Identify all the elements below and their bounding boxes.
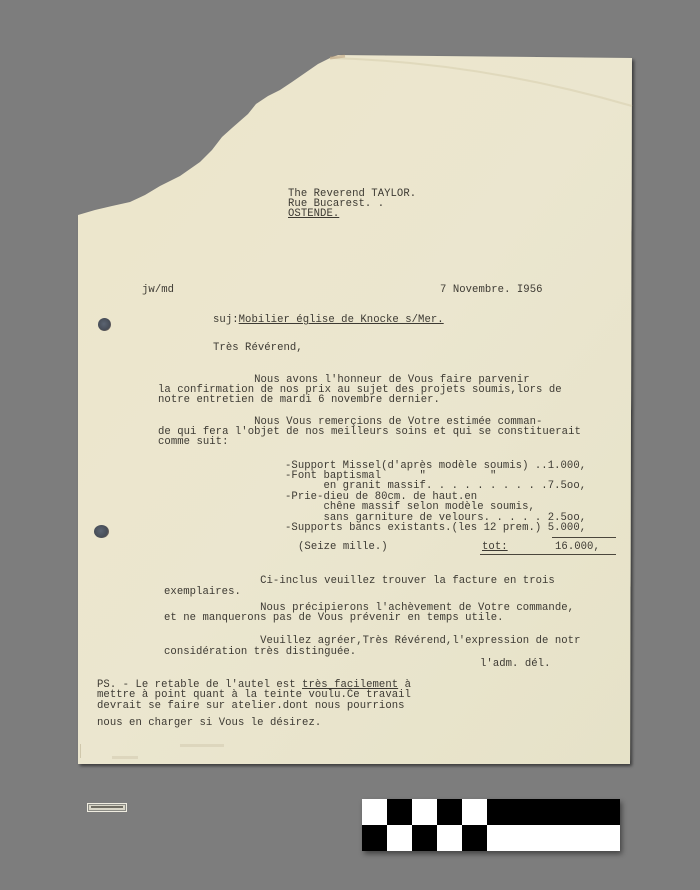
paragraph-line: considération très distinguée. xyxy=(164,647,356,658)
scale-cell xyxy=(487,825,620,851)
subject-text: Mobilier église de Knocke s/Mer. xyxy=(239,314,444,326)
scale-cell xyxy=(412,825,437,851)
recipient-city: OSTENDE. xyxy=(288,209,339,220)
total-in-words: (Seize mille.) xyxy=(298,542,388,553)
archival-mark xyxy=(80,744,95,758)
letter-sheet: The Reverend TAYLOR. Rue Bucarest. . OST… xyxy=(0,0,700,890)
scale-cell xyxy=(362,799,387,825)
total-overline xyxy=(552,537,616,538)
scale-cell xyxy=(462,799,487,825)
paragraph-line: notre entretien de mardi 6 novembre dern… xyxy=(158,395,440,406)
total-label: tot: xyxy=(482,542,508,553)
archival-mark xyxy=(112,756,138,759)
scale-cell xyxy=(387,825,412,851)
price-item: chêne massif selon modèle soumis, xyxy=(285,502,535,513)
letter-date: 7 Novembre. I956 xyxy=(440,285,543,296)
paragraph-line: Ci-inclus veuillez trouver la facture en… xyxy=(164,576,555,587)
archive-label-tag xyxy=(87,803,127,812)
punch-hole-bottom xyxy=(94,525,109,538)
punch-hole-top xyxy=(98,318,111,331)
scale-cell xyxy=(437,799,462,825)
scale-cell xyxy=(437,825,462,851)
archival-mark xyxy=(180,744,224,747)
signature-line: l'adm. dél. xyxy=(480,659,550,670)
subject-line: suj:Mobilier église de Knocke s/Mer. xyxy=(213,315,444,326)
calibration-scale-bar xyxy=(362,799,620,851)
total-value: 16.000, xyxy=(555,542,600,553)
scale-cell xyxy=(387,799,412,825)
salutation: Très Révérend, xyxy=(213,343,303,354)
price-item: -Supports bancs existants.(les 12 prem.)… xyxy=(285,523,586,534)
postscript-line: mettre à point quant à la teinte voulu.C… xyxy=(97,690,411,701)
scale-cell xyxy=(412,799,437,825)
paragraph-line: exemplaires. xyxy=(164,587,241,598)
subject-prefix: suj: xyxy=(213,314,239,326)
paragraph-line: Veuillez agréer,Très Révérend,l'expressi… xyxy=(164,636,580,647)
reference-initials: jw/md xyxy=(142,285,174,296)
postscript-line: devrait se faire sur atelier.dont nous p… xyxy=(97,701,405,712)
paper-shape xyxy=(0,0,700,890)
postscript-line: nous en charger si Vous le désirez. xyxy=(97,718,321,729)
paragraph-line: comme suit: xyxy=(158,437,228,448)
scale-cell xyxy=(462,825,487,851)
price-item: en granit massif. . . . . . . . . .7.5oo… xyxy=(285,481,586,492)
total-underline xyxy=(480,554,616,555)
paragraph-line: et ne manquerons pas de Vous prévenir en… xyxy=(164,613,504,624)
scale-cell xyxy=(362,825,387,851)
scale-cell xyxy=(487,799,620,825)
